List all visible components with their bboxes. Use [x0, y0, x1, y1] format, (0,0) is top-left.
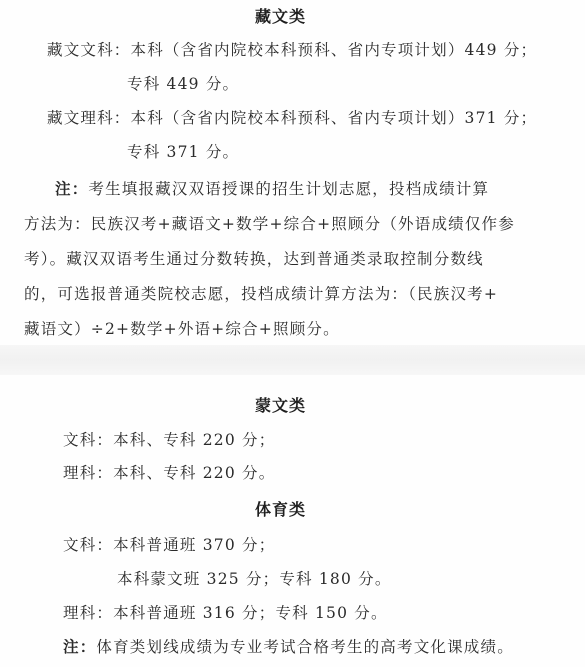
tiyu-wenke-line-2: 本科蒙文班 325 分；专科 180 分。 [117, 567, 392, 589]
zangwen-note-line-5: 藏语文）÷2+数学+外语+综合+照顾分。 [24, 317, 340, 339]
zangwen-like-benke: 本科（含省内院校本科预科、省内专项计划）371 分； [131, 109, 538, 127]
zangwen-note-line-4: 的，可选报普通类院校志愿，投档成绩计算方法为：（民族汉考+ [24, 282, 498, 304]
note-text: 体育类划线成绩为专业考试合格考生的高考文化课成绩。 [96, 638, 514, 656]
zangwen-like-label: 藏文理科： [47, 109, 131, 127]
section-title-mengwen: 蒙文类 [255, 393, 306, 416]
mengwen-like: 理科：本科、专科 220 分。 [63, 461, 275, 483]
note-text: 考生填报藏汉双语授课的招生计划志愿，投档成绩计算 [88, 180, 489, 198]
zangwen-wenke-zhuanke: 专科 449 分。 [127, 72, 239, 94]
zangwen-wenke-line-1: 藏文文科：本科（含省内院校本科预科、省内专项计划）449 分； [47, 38, 537, 60]
zangwen-note-line-3: 考）。藏汉双语考生通过分数转换，达到普通类录取控制分数线 [24, 247, 484, 269]
zangwen-like-zhuanke: 专科 371 分。 [127, 140, 239, 162]
zangwen-note-line-1: 注：考生填报藏汉双语授课的招生计划志愿，投档成绩计算 [55, 177, 489, 199]
page-separator [0, 345, 585, 375]
document-page-2: 蒙文类 文科：本科、专科 220 分； 理科：本科、专科 220 分。 体育类 … [0, 375, 585, 667]
note-label: 注： [63, 638, 96, 656]
note-label: 注： [55, 180, 88, 198]
document-page-1: 藏文类 藏文文科：本科（含省内院校本科预科、省内专项计划）449 分； 专科 4… [0, 0, 585, 345]
mengwen-wenke: 文科：本科、专科 220 分； [63, 428, 275, 450]
section-title-zangwen: 藏文类 [255, 4, 306, 27]
zangwen-wenke-label: 藏文文科： [47, 41, 131, 59]
tiyu-note: 注：体育类划线成绩为专业考试合格考生的高考文化课成绩。 [63, 635, 514, 657]
section-title-tiyu: 体育类 [255, 497, 306, 520]
zangwen-like-line-1: 藏文理科：本科（含省内院校本科预科、省内专项计划）371 分； [47, 106, 537, 128]
tiyu-wenke-line-1: 文科：本科普通班 370 分； [63, 533, 275, 555]
zangwen-wenke-benke: 本科（含省内院校本科预科、省内专项计划）449 分； [131, 41, 538, 59]
tiyu-like: 理科：本科普通班 316 分；专科 150 分。 [63, 601, 388, 623]
zangwen-note-line-2: 方法为：民族汉考+藏语文+数学+综合+照顾分（外语成绩仅作参 [24, 212, 515, 234]
